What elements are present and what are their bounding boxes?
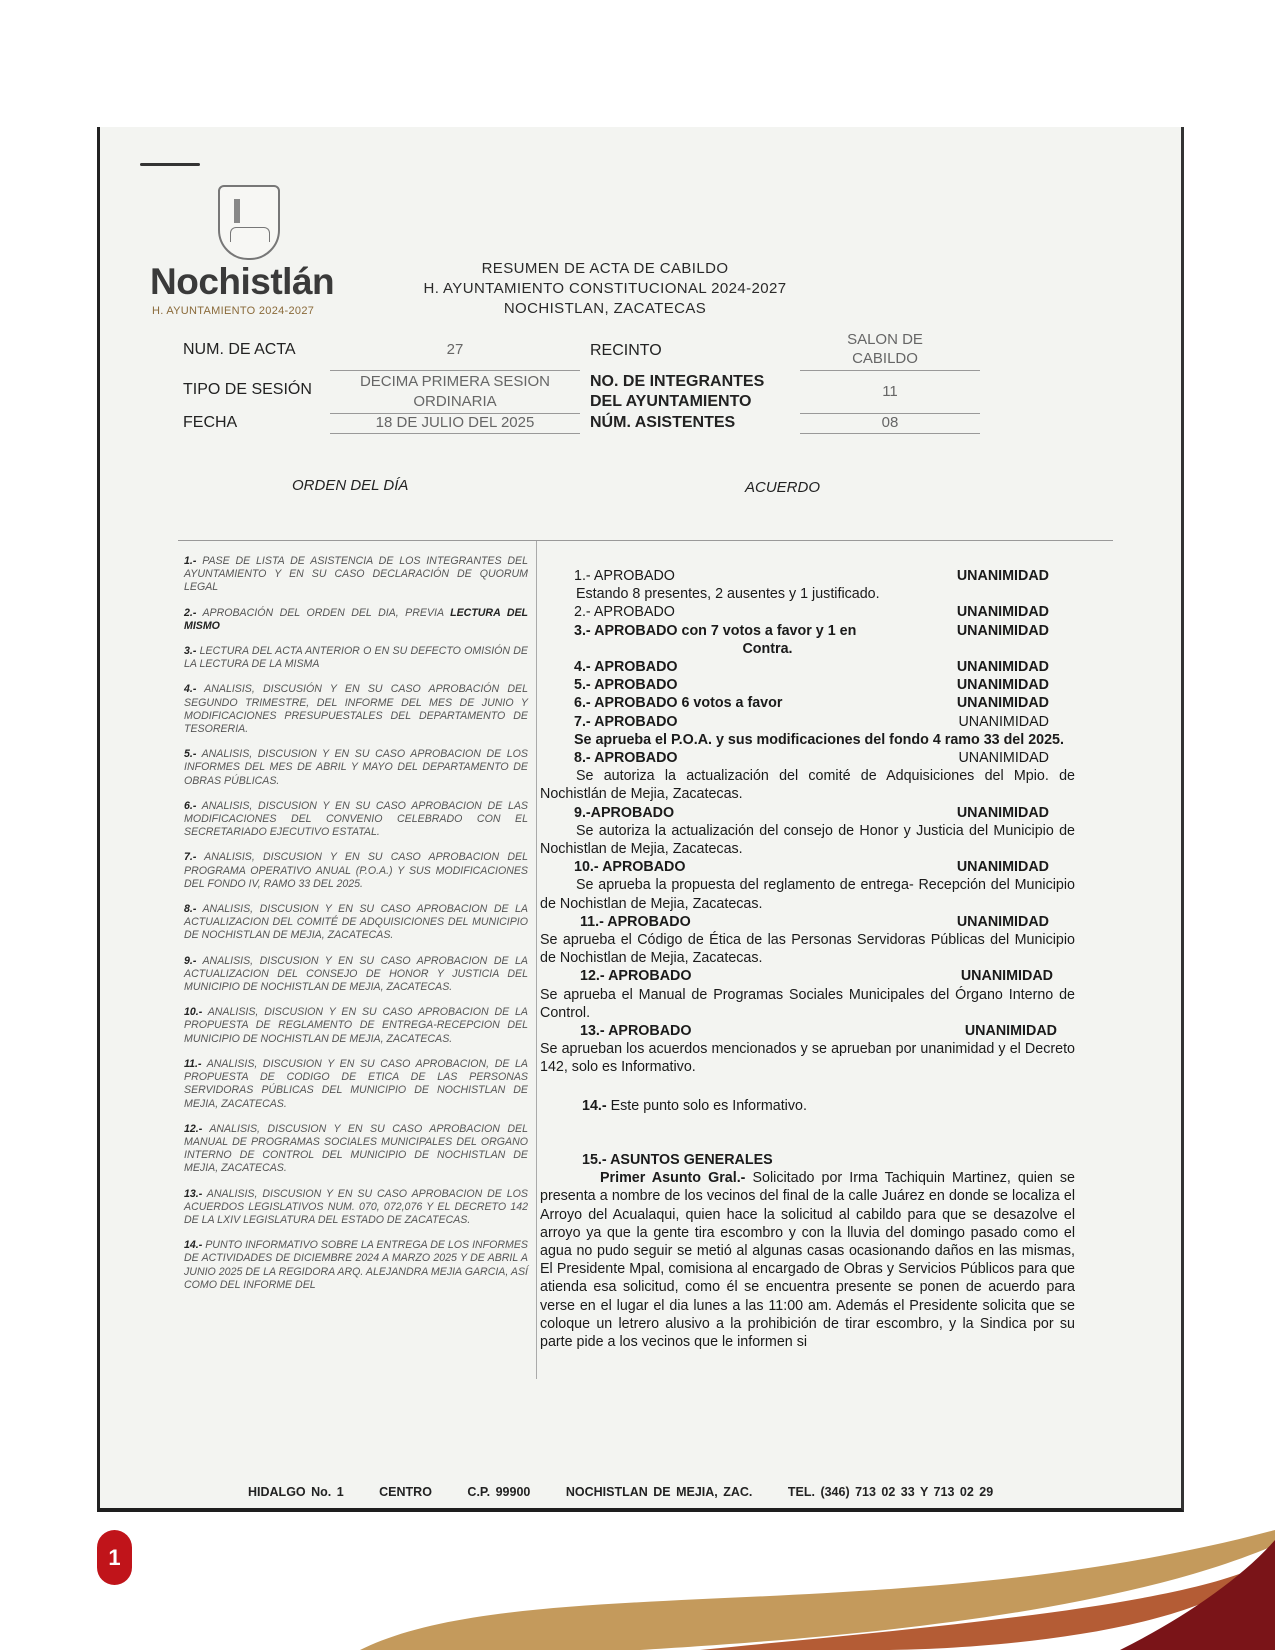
acuerdo-note: Se autoriza la actualización del consejo… [540,822,1075,858]
acuerdo-item: 11.- APROBADOUNANIMIDAD [540,913,1075,931]
num-acta-label: NUM. DE ACTA [183,341,296,359]
orden-del-dia-heading: ORDEN DEL DÍA [292,477,408,494]
orden-item: 9.- ANALISIS, DISCUSION Y EN SU CASO APR… [184,955,528,995]
scanned-document: Nochistlán H. AYUNTAMIENTO 2024-2027 RES… [97,127,1184,1512]
acuerdo-item: 5.- APROBADOUNANIMIDAD [540,676,1075,694]
acuerdo-item: 14.- Este punto solo es Informativo. [540,1097,1075,1115]
acuerdo-item: 13.- APROBADOUNANIMIDAD [540,1022,1075,1040]
acuerdo-item: 7.- APROBADOUNANIMIDAD [540,713,1075,731]
crest-icon [218,185,280,260]
acuerdo-note: Se aprueban los acuerdos mencionados y s… [540,1040,1075,1076]
municipal-logo: Nochistlán H. AYUNTAMIENTO 2024-2027 [150,185,350,315]
num-acta-value: 27 [330,341,580,358]
acuerdo-note: Se aprueba el P.O.A. y sus modificacione… [540,731,1075,749]
divider [178,540,1113,541]
orden-item: 5.- ANALISIS, DISCUSION Y EN SU CASO APR… [184,748,528,788]
acuerdo-note: Se autoriza la actualización del comité … [540,767,1075,803]
orden-item: 14.- PUNTO INFORMATIVO SOBRE LA ENTREGA … [184,1239,528,1292]
orden-item: 4.- ANALISIS, DISCUSIÓN Y EN SU CASO APR… [184,683,528,736]
asistentes-value: 08 [800,414,980,431]
recinto-label: RECINTO [590,342,662,360]
acuerdo-item: 6.- APROBADO 6 votos a favorUNANIMIDAD [540,694,1075,712]
acuerdo-item: 9.-APROBADOUNANIMIDAD [540,804,1075,822]
logo-name: Nochistlán [150,261,334,303]
footer-city: NOCHISTLAN DE MEJIA, ZAC. [566,1485,753,1499]
acuerdo-note: Estando 8 presentes, 2 ausentes y 1 just… [540,585,1075,603]
orden-item: 8.- ANALISIS, DISCUSION Y EN SU CASO APR… [184,903,528,943]
document-footer: HIDALGO No. 1 CENTRO C.P. 99900 NOCHISTL… [248,1485,1023,1499]
acuerdo-item: 10.- APROBADOUNANIMIDAD [540,858,1075,876]
pen-mark [140,163,200,166]
footer-colonia: CENTRO [379,1485,432,1499]
orden-item: 7.- ANALISIS, DISCUSION Y EN SU CASO APR… [184,851,528,891]
acuerdo-note: Se aprueba la propuesta del reglamento d… [540,876,1075,912]
acuerdo-item: 12.- APROBADOUNANIMIDAD [540,967,1075,985]
logo-subtitle: H. AYUNTAMIENTO 2024-2027 [152,305,314,317]
asistentes-label: NÚM. ASISTENTES [590,414,735,432]
asunto-paragraph: Primer Asunto Gral.- Solicitado por Irma… [540,1169,1075,1351]
footer-address: HIDALGO No. 1 [248,1485,344,1499]
decorative-waves [0,1500,1275,1650]
acuerdo-item: 2.- APROBADOUNANIMIDAD [540,603,1075,621]
tipo-sesion-value: DECIMA PRIMERA SESION ORDINARIA [330,372,580,412]
acuerdo-item: 8.- APROBADOUNANIMIDAD [540,749,1075,767]
column-divider [536,541,537,1379]
footer-phone: TEL. (346) 713 02 33 Y 713 02 29 [788,1485,993,1499]
orden-item: 12.- ANALISIS, DISCUSION Y EN SU CASO AP… [184,1123,528,1176]
acuerdo-heading: ACUERDO [745,479,820,496]
acuerdo-item: 1.- APROBADOUNANIMIDAD [540,567,1075,585]
orden-item: 11.- ANALISIS, DISCUSION Y EN SU CASO AP… [184,1058,528,1111]
tipo-sesion-label: TIPO DE SESIÓN [183,381,312,399]
integrantes-label: NO. DE INTEGRANTES DEL AYUNTAMIENTO [590,372,800,412]
divider [800,433,980,434]
acuerdo-note: Se aprueba el Código de Ética de las Per… [540,931,1075,967]
title-line: H. AYUNTAMIENTO CONSTITUCIONAL 2024-2027 [370,279,840,299]
fecha-value: 18 DE JULIO DEL 2025 [330,414,580,431]
orden-item: 3.- LECTURA DEL ACTA ANTERIOR O EN SU DE… [184,645,528,671]
divider [330,370,580,371]
document-title: RESUMEN DE ACTA DE CABILDO H. AYUNTAMIEN… [370,259,840,319]
orden-item: 6.- ANALISIS, DISCUSION Y EN SU CASO APR… [184,800,528,840]
recinto-value: SALON DE CABILDO [840,330,930,368]
acuerdos-list: 1.- APROBADOUNANIMIDAD Estando 8 present… [540,567,1075,1351]
orden-item: 10.- ANALISIS, DISCUSION Y EN SU CASO AP… [184,1006,528,1046]
orden-item: 2.- APROBACIÓN DEL ORDEN DEL DIA, PREVIA… [184,607,528,633]
fecha-label: FECHA [183,414,237,432]
divider [800,370,980,371]
title-line: RESUMEN DE ACTA DE CABILDO [370,259,840,279]
integrantes-value: 11 [800,383,980,400]
acuerdo-note: Contra. [540,640,1075,658]
orden-item: 13.- ANALISIS, DISCUSION Y EN SU CASO AP… [184,1188,528,1228]
footer-cp: C.P. 99900 [467,1485,530,1499]
acuerdo-item: 3.- APROBADO con 7 votos a favor y 1 enU… [540,622,1075,640]
acuerdo-item: 4.- APROBADOUNANIMIDAD [540,658,1075,676]
orden-item: 1.- PASE DE LISTA DE ASISTENCIA DE LOS I… [184,555,528,595]
divider [330,433,580,434]
orden-del-dia-list: 1.- PASE DE LISTA DE ASISTENCIA DE LOS I… [184,555,528,1304]
title-line: NOCHISTLAN, ZACATECAS [370,299,840,319]
acuerdo-note: Se aprueba el Manual de Programas Social… [540,986,1075,1022]
asuntos-generales-heading: 15.- ASUNTOS GENERALES [540,1151,1075,1169]
